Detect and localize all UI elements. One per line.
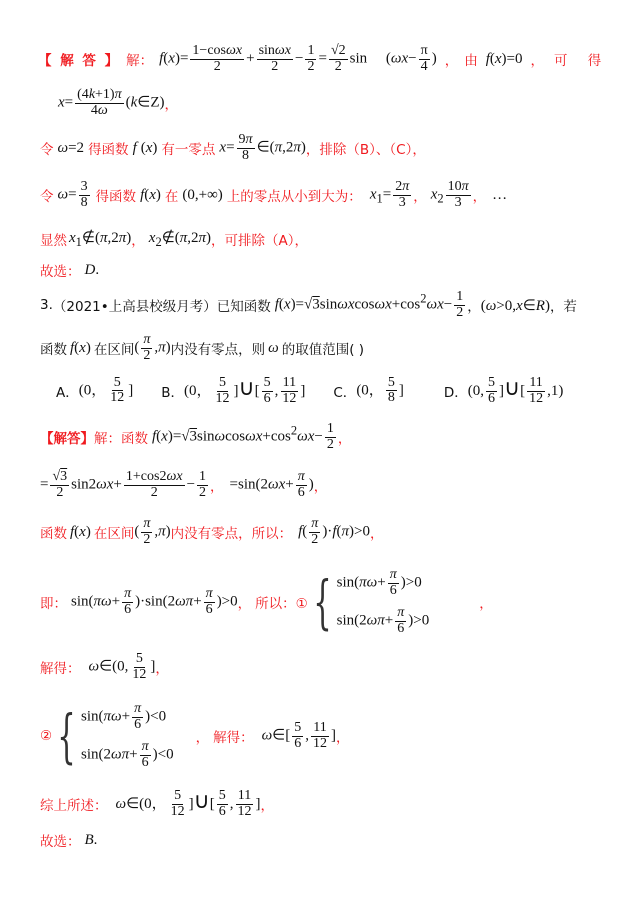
formula-fx: f(x)=1−cosωx2+sinωx2−12=√22sin (ωx−π4) bbox=[159, 44, 437, 74]
solution2-result1: 解得： ω∈(0,512] ， bbox=[40, 652, 169, 682]
question3-line2: 函数 f(x) 在区间 (π2,π) 内没有零点，则 ω 的取值范围( ) bbox=[40, 333, 364, 363]
solution1-line3: 令 ω=2 得函数 f(x) 有一零点 x=9π8∈(π,2π) ，排除（B）、… bbox=[40, 133, 426, 163]
by-label: 由 bbox=[464, 49, 478, 69]
option-b[interactable]: B． (0，512]∪[56,1112] bbox=[161, 375, 305, 407]
solution2-summary: 综上所述： ω∈(0，512]∪[56,1112] ， bbox=[40, 788, 274, 820]
solve-label: 解： bbox=[126, 49, 153, 69]
question3-options: A． (0，512] B． (0，512]∪[56,1112] C． (0，58… bbox=[56, 375, 563, 407]
case1-system: { sin(πω+π6)>0 sin(2ωπ+π6)>0 bbox=[308, 568, 429, 637]
option-a[interactable]: A． (0，512] bbox=[56, 376, 133, 406]
question3-line1: 3. （2021•上高县校级月考）已知函数 f(x)=√3sinωxcosωx+… bbox=[40, 290, 577, 320]
case2-system: { sin(πω+π6)<0 sin(2ωπ+π6)<0 bbox=[52, 702, 173, 771]
solution1-line1: 【 解 答 】 解： f(x)=1−cosωx2+sinωx2−12=√22si… bbox=[38, 44, 609, 74]
answer-label: 【 解 答 】 bbox=[38, 49, 120, 69]
solution1-line5: 显然 x1∉(π,2π) ， x2∉(π,2π) ，可排除（A）， bbox=[40, 228, 308, 250]
gives-label: 可 得 bbox=[554, 49, 609, 69]
condition: f(x)=0 bbox=[486, 51, 523, 68]
solution1-line4: 令 ω=38 得函数 f(x) 在 (0,+∞) 上的零点从小到大为： x1=2… bbox=[40, 180, 507, 210]
solution1-roots: x=(4k+1)π4ω(k∈Z) ， bbox=[58, 88, 178, 118]
solution2-case2: ② { sin(πω+π6)<0 sin(2ωπ+π6)<0 ， 解得： ω∈[… bbox=[40, 702, 349, 771]
solution2-line1: 【解答】 解：函数 f(x)=√3sinωcosωx+cos2ωx−12 ， bbox=[40, 422, 351, 452]
option-d[interactable]: D． (0,56]∪[1112,1) bbox=[444, 375, 564, 407]
solution1-choice: 故选： D . bbox=[40, 260, 99, 280]
solution2-line3: 函数 f(x) 在区间 (π2,π) 内没有零点，所以： f(π2)·f(π)>… bbox=[40, 517, 383, 547]
solution2-line2: =√32sin2ωx+1+cos2ωx2−12 ， =sin(2ωx+π6) ， bbox=[40, 470, 327, 500]
solution2-line4: 即： sin(πω+π6)·sin(2ωπ+π6)>0 ， 所以：① { sin… bbox=[40, 568, 493, 637]
option-c[interactable]: C． (0，58] bbox=[333, 376, 403, 406]
solution2-choice: 故选： B . bbox=[40, 830, 97, 850]
